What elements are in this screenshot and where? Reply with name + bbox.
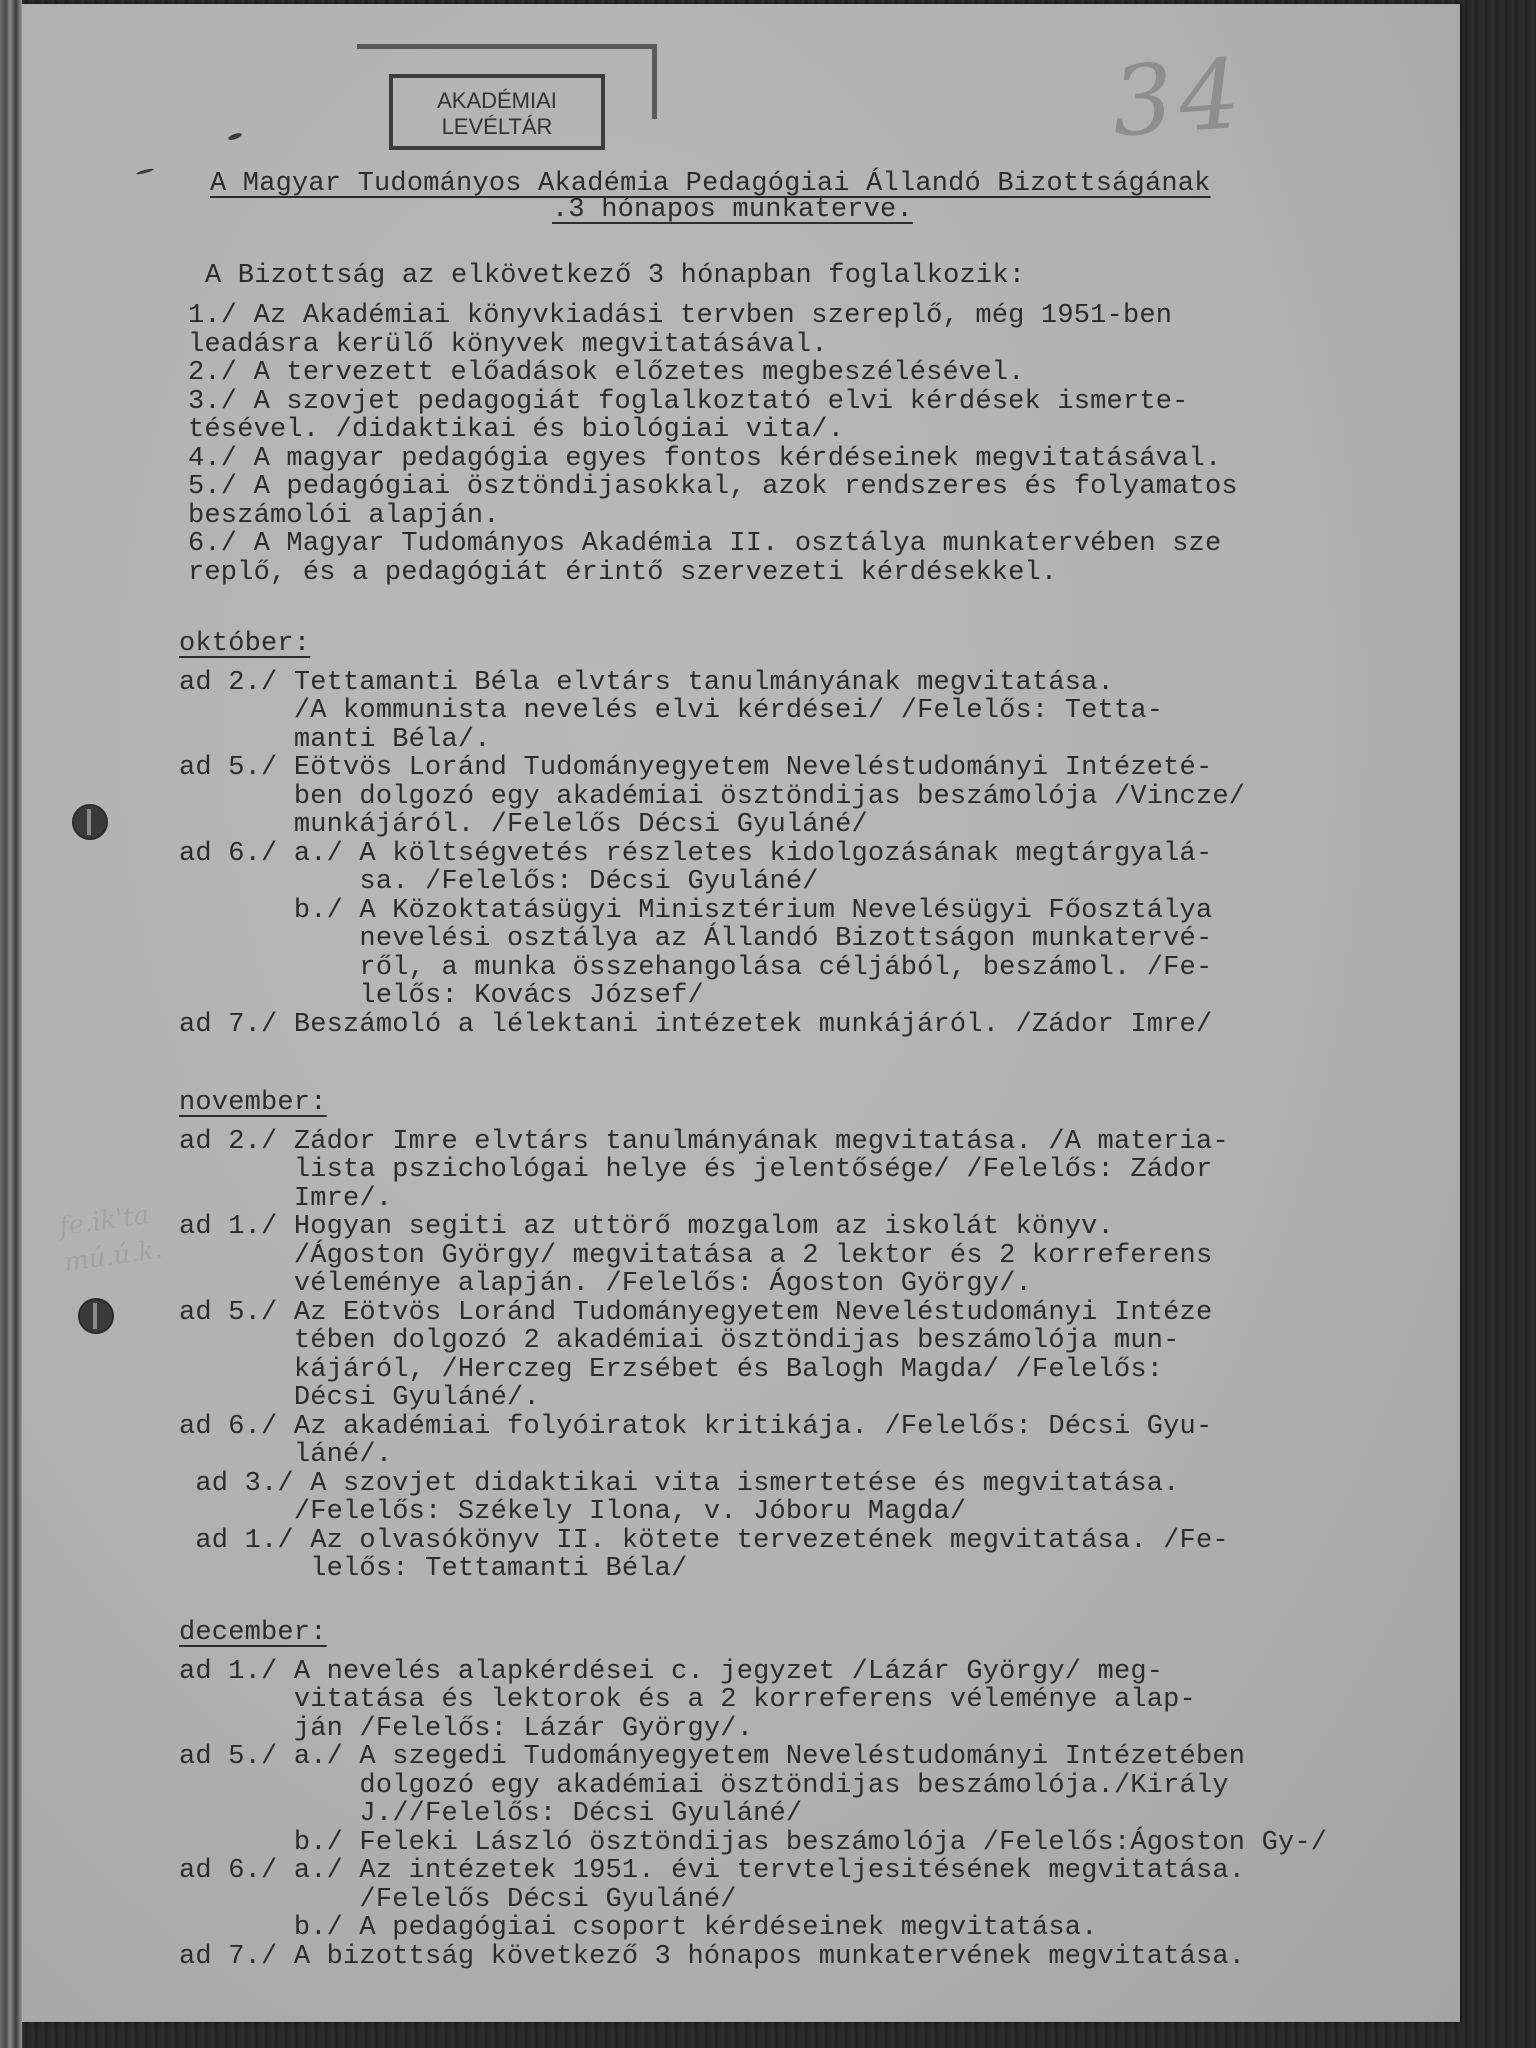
plan-items-list: 1./ Az Akadémiai könyvkiadási tervben sz…: [188, 302, 1238, 587]
agenda-entry: ad 5./ Eötvös Loránd Tudományegyetem Nev…: [179, 754, 1245, 840]
plan-item: 6./ A Magyar Tudományos Akadémia II. osz…: [188, 530, 1238, 587]
agenda-entry: ad 1./ Az olvasókönyv II. kötete terveze…: [179, 1527, 1229, 1584]
handwritten-page-number: 34: [1108, 37, 1250, 158]
month-heading: október:: [179, 630, 1245, 659]
punch-hole-top: [72, 804, 108, 840]
ink-speck: [136, 168, 154, 176]
agenda-entry: ad 2./ Tettamanti Béla elvtárs tanulmány…: [179, 669, 1245, 755]
agenda-entry: ad 7./ Beszámoló a lélektani intézetek m…: [179, 1011, 1245, 1040]
plan-item: 1./ Az Akadémiai könyvkiadási tervben sz…: [188, 302, 1238, 359]
document-page: AKADÉMIAI LEVÉLTÁR 34 A Magyar Tudományo…: [22, 4, 1460, 2022]
plan-item: 2./ A tervezett előadások előzetes megbe…: [188, 359, 1238, 388]
agenda-entry: ad 5./ a./ A szegedi Tudományegyetem Nev…: [179, 1743, 1327, 1857]
stamp-line-2: LEVÉLTÁR: [393, 114, 601, 140]
binder-edge: [0, 0, 22, 2048]
agenda-entry: ad 5./ Az Eötvös Loránd Tudományegyetem …: [179, 1299, 1229, 1413]
plan-item: 3./ A szovjet pedagogiát foglalkoztató e…: [188, 388, 1238, 445]
month-section-2: december:ad 1./ A nevelés alapkérdései c…: [179, 1619, 1327, 1971]
ink-speck: [228, 132, 243, 141]
stamp-line-1: AKADÉMIAI: [393, 88, 601, 114]
document-title-line-2: .3 hónapos munkaterve.: [552, 196, 913, 225]
punch-hole-bottom: [78, 1298, 114, 1334]
month-heading: november:: [179, 1089, 1229, 1118]
agenda-entry: ad 3./ A szovjet didaktikai vita ismerte…: [179, 1470, 1229, 1527]
month-section-0: október:ad 2./ Tettamanti Béla elvtárs t…: [179, 630, 1245, 1039]
archive-stamp: AKADÉMIAI LEVÉLTÁR: [389, 74, 605, 150]
intro-text: A Bizottság az elkövetkező 3 hónapban fo…: [205, 262, 1025, 291]
agenda-entry: ad 1./ A nevelés alapkérdései c. jegyzet…: [179, 1658, 1327, 1744]
agenda-entry: ad 6./ a./ Az intézetek 1951. évi tervte…: [179, 1857, 1327, 1943]
month-section-1: november:ad 2./ Zádor Imre elvtárs tanul…: [179, 1089, 1229, 1584]
agenda-entry: ad 6./ Az akadémiai folyóiratok kritikáj…: [179, 1413, 1229, 1470]
plan-item: 5./ A pedagógiai ösztöndijasokkal, azok …: [188, 473, 1238, 530]
agenda-entry: ad 6./ a./ A költségvetés részletes kido…: [179, 840, 1245, 1011]
month-heading: december:: [179, 1619, 1327, 1648]
agenda-entry: ad 7./ A bizottság következő 3 hónapos m…: [179, 1943, 1327, 1972]
plan-item: 4./ A magyar pedagógia egyes fontos kérd…: [188, 445, 1238, 474]
